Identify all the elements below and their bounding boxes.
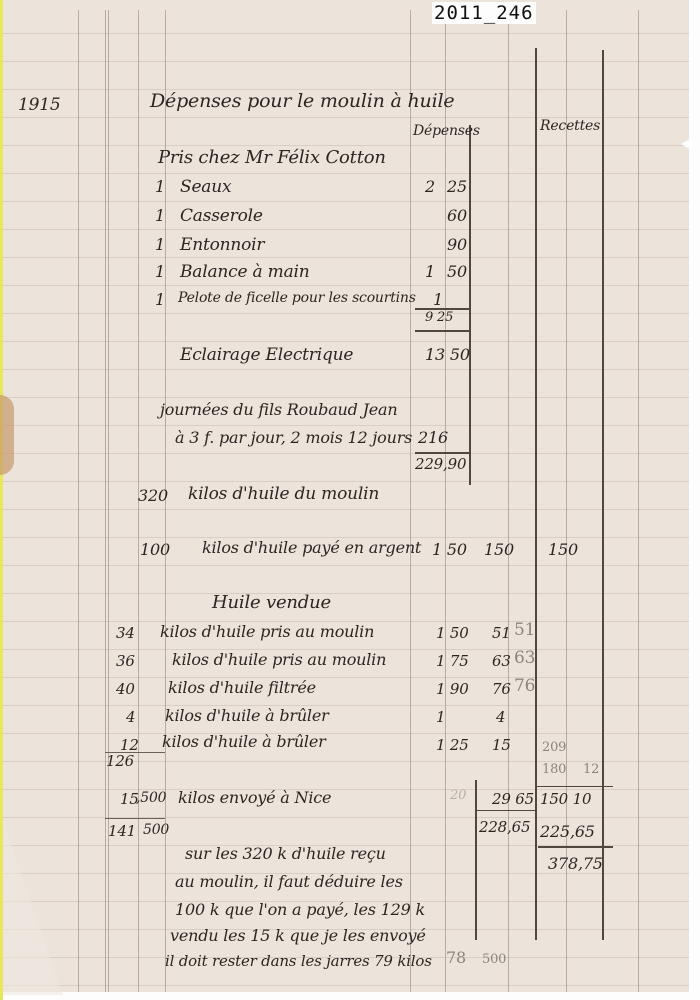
- sold-pencil-amount: 63: [514, 648, 535, 668]
- item-amount-c: 60: [447, 206, 467, 225]
- depenses-total-rule: [415, 452, 469, 454]
- nice-recette: 150 10: [540, 790, 591, 808]
- rule-recettes-left: [535, 48, 537, 940]
- nice-unit-price: 20: [450, 788, 466, 803]
- sold-label: kilos d'huile filtrée: [168, 678, 316, 697]
- item-label: Entonnoir: [180, 235, 264, 255]
- note-line-4: vendu les 15 k que je les envoyé: [170, 926, 426, 945]
- sold-unit-price: 1 50: [436, 624, 469, 642]
- item-qty: 1: [155, 206, 165, 225]
- item-label: Seaux: [180, 177, 231, 197]
- sold-qty: 40: [116, 680, 135, 698]
- sold-label: kilos d'huile à brûler: [162, 732, 326, 751]
- sold-label: kilos d'huile pris au moulin: [172, 650, 386, 669]
- subtotal-rule-bottom: [415, 330, 469, 332]
- sold-amount: 76: [492, 680, 511, 698]
- rule-margin-2: [105, 10, 106, 992]
- item-qty: 1: [155, 262, 165, 281]
- item-qty: 1: [155, 290, 165, 309]
- note-line-1: sur les 320 k d'huile reçu: [185, 844, 386, 863]
- sold-qty: 34: [116, 624, 135, 642]
- recettes-note-12: 12: [583, 762, 599, 777]
- sold-unit-price: 1: [436, 708, 445, 726]
- oil-paid-qty: 100: [140, 540, 170, 559]
- column-header-recettes: Recettes: [540, 118, 600, 134]
- sold-pencil-amount: 76: [514, 676, 535, 696]
- archive-reference: 2011_246: [432, 2, 536, 24]
- wages-line-2: à 3 f. par jour, 2 mois 12 jours: [175, 428, 412, 447]
- item-qty: 1: [155, 235, 165, 254]
- recettes-total: 378,75: [548, 854, 603, 873]
- depenses-total: 229,90: [415, 455, 466, 473]
- item-amount-fr: 1: [433, 290, 443, 309]
- oil-received-label: kilos d'huile du moulin: [188, 484, 379, 504]
- page-title: Dépenses pour le moulin à huile: [150, 90, 454, 112]
- sold-unit-price: 1 25: [436, 736, 469, 754]
- rule-depenses-close: [469, 125, 471, 485]
- oil-received-qty: 320: [138, 486, 168, 505]
- electric-label: Eclairage Electrique: [180, 345, 353, 365]
- year: 1915: [18, 95, 60, 115]
- nice-qty-grams: ,500: [136, 790, 166, 806]
- wages-line-1: journées du fils Roubaud Jean: [160, 400, 398, 419]
- sold-amount: 63: [492, 652, 511, 670]
- note-line-5: il doit rester dans les jarres 79 kilos: [165, 952, 432, 970]
- sold-qty: 4: [126, 708, 135, 726]
- sold-amount: 15: [492, 736, 511, 754]
- item-amount-c: 90: [447, 235, 467, 254]
- sold-amount: 51: [492, 624, 511, 642]
- paper-stain: [0, 395, 14, 475]
- note-pencil-grams: 500: [482, 952, 506, 967]
- rule-margin-1: [78, 10, 79, 992]
- oil-paid-recette: 150: [548, 540, 578, 559]
- column-header-depenses: Dépenses: [413, 123, 480, 139]
- rule-margin-3: [108, 10, 109, 992]
- qty-total-grams: 500: [143, 822, 169, 838]
- item-label: Balance à main: [180, 262, 310, 282]
- recettes-note-180: 180: [542, 762, 566, 777]
- sold-label: kilos d'huile pris au moulin: [160, 622, 374, 641]
- oil-paid-label: kilos d'huile payé en argent: [202, 538, 421, 557]
- oil-paid-unit-price: 1 50: [432, 540, 467, 559]
- sold-heading: Huile vendue: [212, 592, 331, 613]
- item-label: Pelote de ficelle pour les scourtins: [178, 290, 416, 306]
- rule-amount-mid: [508, 10, 509, 992]
- item-label: Casserole: [180, 206, 263, 226]
- recettes-total-rule: [538, 846, 613, 848]
- qty-total-rule: [105, 818, 165, 819]
- purchase-heading: Pris chez Mr Félix Cotton: [158, 147, 386, 168]
- sold-pencil-amount: 51: [514, 620, 535, 640]
- qty-total: 141: [108, 822, 136, 840]
- nice-amount: 29 65: [492, 790, 534, 808]
- rule-recettes-mid: [566, 10, 567, 992]
- item-amount-c: 25: [447, 177, 467, 196]
- wages-amount: 216: [418, 428, 448, 447]
- sold-amount: 4: [496, 708, 505, 726]
- item-qty: 1: [155, 177, 165, 196]
- recettes-note-209: 209: [542, 740, 566, 755]
- rule-right-margin: [638, 10, 639, 992]
- electric-amount: 13 50: [425, 345, 470, 364]
- rule-recettes-right: [602, 50, 604, 940]
- qty-subtotal: 126: [106, 752, 134, 770]
- recettes-rule: [535, 786, 613, 787]
- note-pencil-correction: 78: [446, 948, 466, 967]
- oil-paid-amount: 150: [484, 540, 514, 559]
- note-line-3: 100 k que l'on a payé, les 129 k: [175, 900, 425, 919]
- item-amount-fr: 1: [425, 262, 435, 281]
- rule-total-box: [475, 780, 477, 940]
- item-amount-c: 50: [447, 262, 467, 281]
- sold-unit-price: 1 90: [436, 680, 469, 698]
- rule-price-mid: [445, 10, 446, 992]
- nice-label: kilos envoyé à Nice: [178, 788, 331, 807]
- sold-qty: 36: [116, 652, 135, 670]
- recettes-subtotal: 225,65: [540, 822, 595, 841]
- purchase-subtotal: 9 25: [425, 310, 453, 325]
- sold-label: kilos d'huile à brûler: [165, 706, 329, 725]
- rule-price-left: [410, 10, 411, 992]
- sold-unit-price: 1 75: [436, 652, 469, 670]
- note-line-2: au moulin, il faut déduire les: [175, 872, 403, 891]
- item-amount-fr: 2: [425, 177, 435, 196]
- sold-total: 228,65: [479, 818, 530, 836]
- sold-total-rule: [475, 810, 535, 811]
